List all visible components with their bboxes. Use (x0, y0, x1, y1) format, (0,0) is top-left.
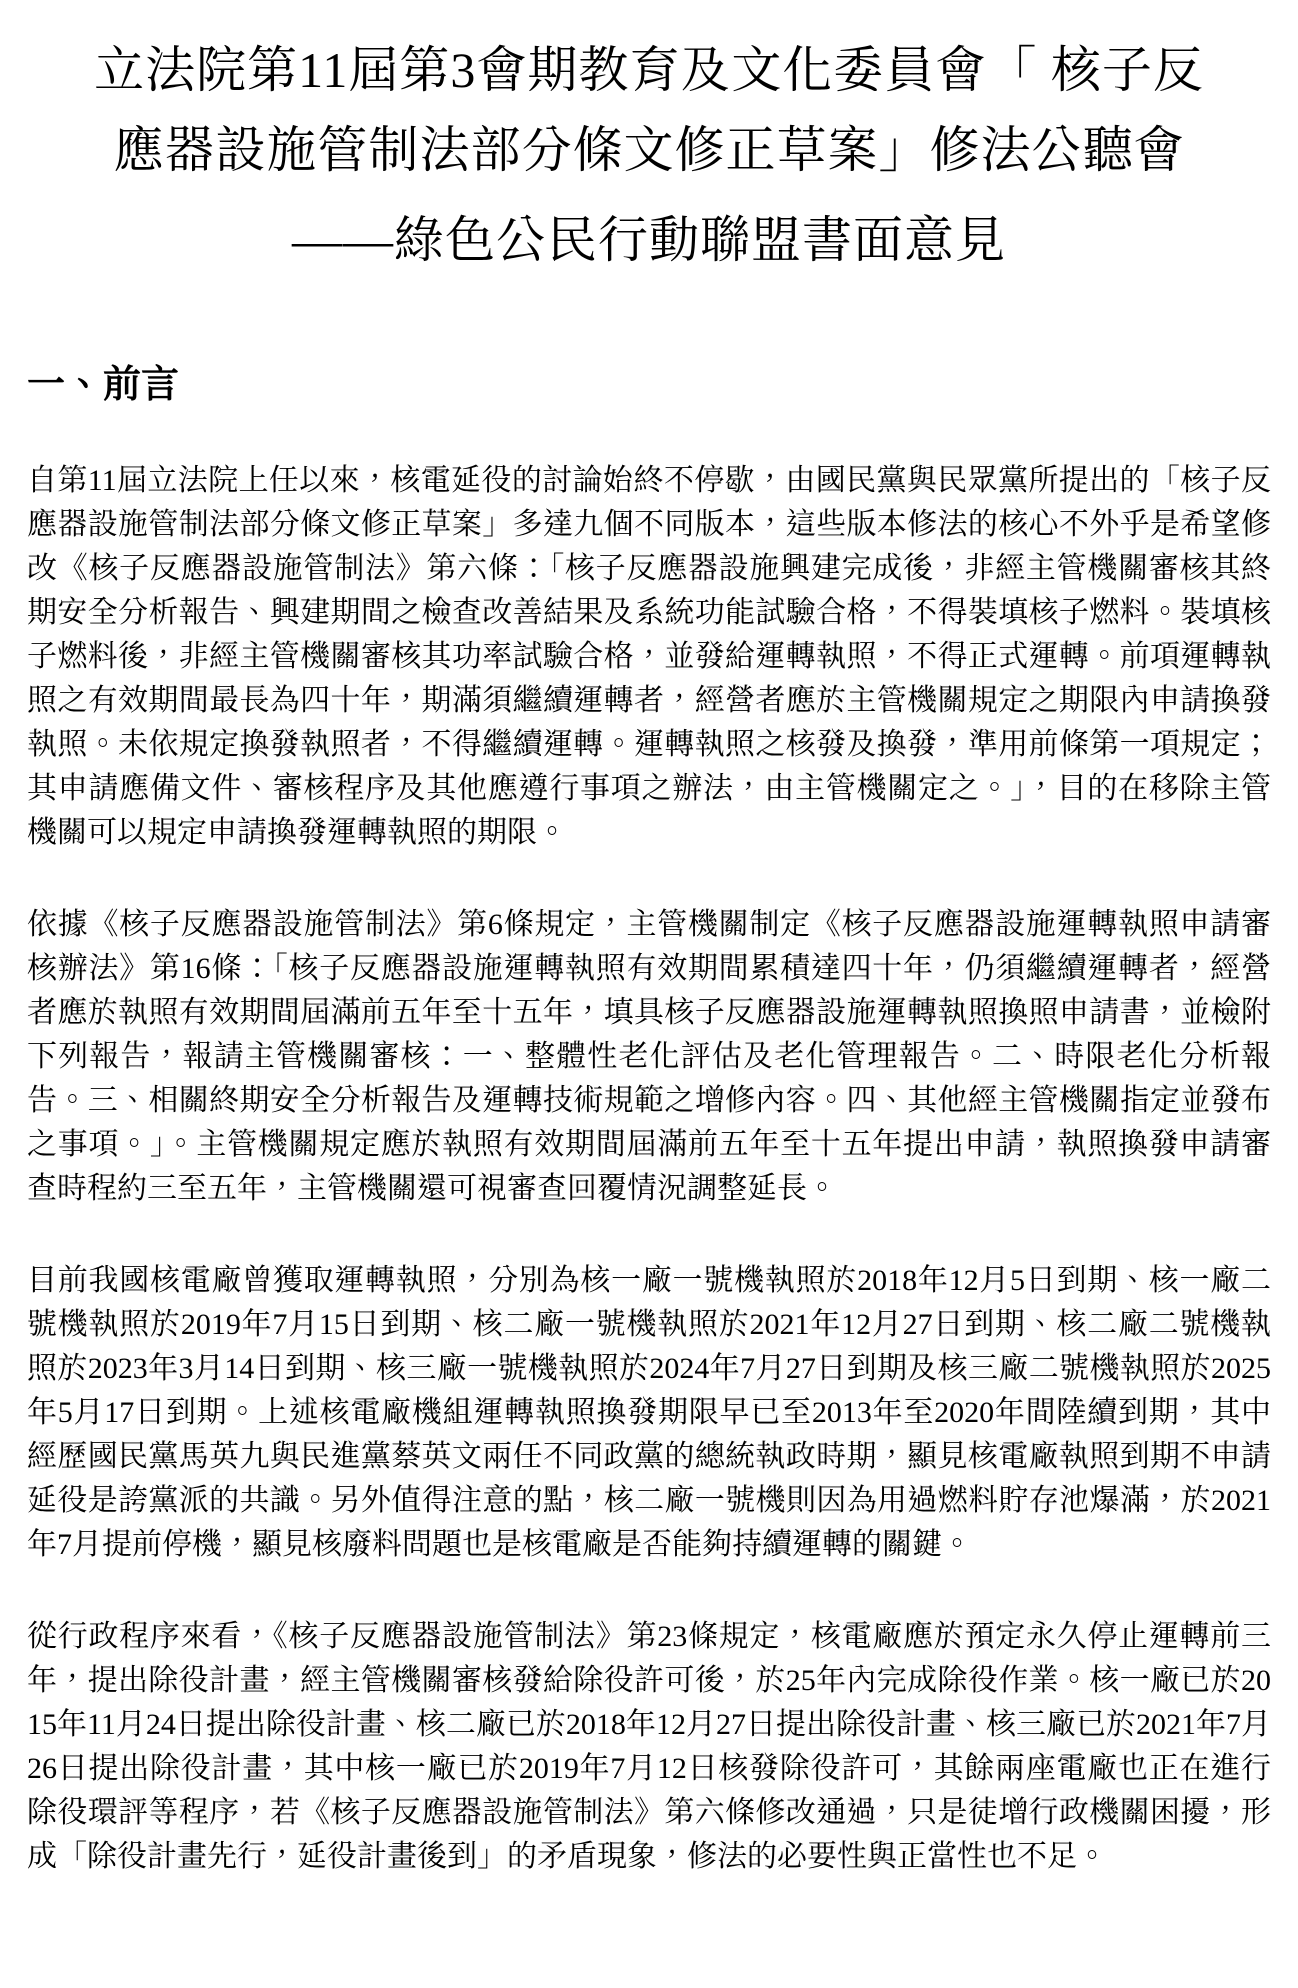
paragraph: 依據《核子反應器設施管制法》第6條規定，主管機關制定《核子反應器設施運轉執照申請… (27, 903, 1271, 1211)
document-page: 立法院第11屆第3會期教育及文化委員會「 核子反 應器設施管制法部分條文修正草案… (0, 0, 1298, 1988)
paragraph: 目前我國核電廠曾獲取運轉執照，分別為核一廠一號機執照於2018年12月5日到期、… (27, 1259, 1271, 1567)
title-line: 立法院第11屆第3會期教育及文化委員會「 核子反 (27, 30, 1271, 110)
title-line: 應器設施管制法部分條文修正草案」修法公聽會 (27, 110, 1271, 190)
document-title: 立法院第11屆第3會期教育及文化委員會「 核子反 應器設施管制法部分條文修正草案… (27, 30, 1271, 280)
title-line: ——綠色公民行動聯盟書面意見 (27, 200, 1271, 280)
paragraph: 從行政程序來看，《核子反應器設施管制法》第23條規定，核電廠應於預定永久停止運轉… (27, 1615, 1271, 1879)
section-heading-preface: 一、前言 (27, 360, 1271, 411)
paragraph: 自第11屆立法院上任以來，核電延役的討論始終不停歇，由國民黨與民眾黨所提出的「核… (27, 459, 1271, 855)
